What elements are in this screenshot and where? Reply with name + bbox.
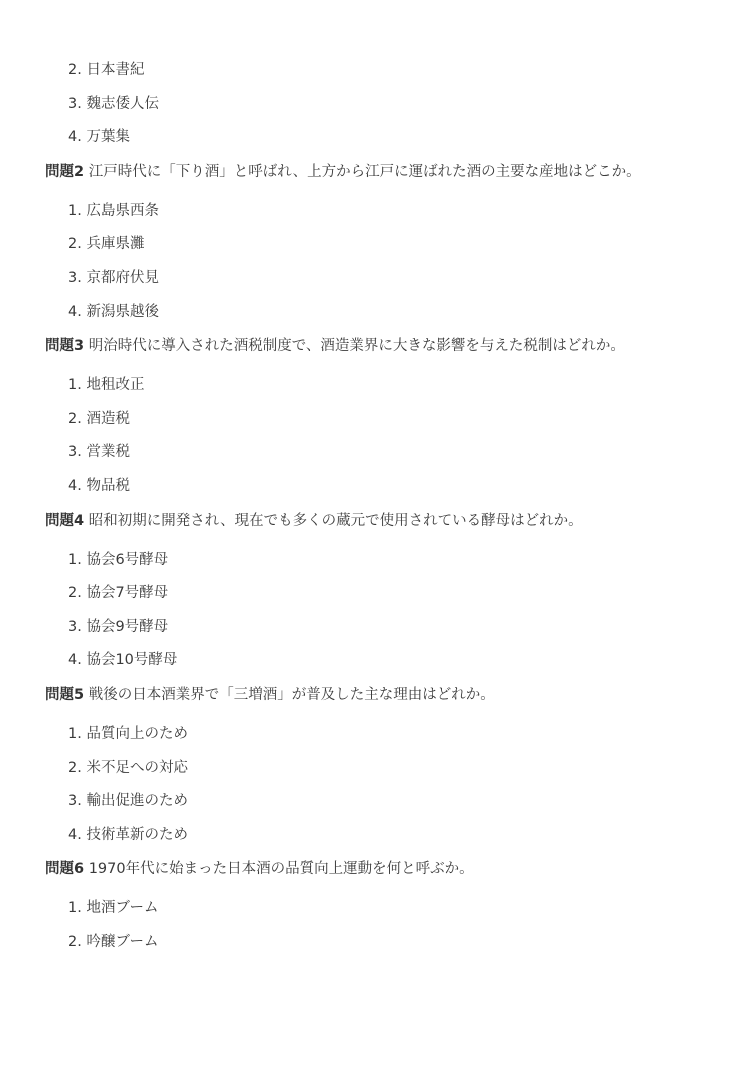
choice-text: 日本書紀 (86, 62, 144, 78)
choice-number: 2. (68, 760, 82, 776)
question-text: 明治時代に導入された酒税制度で、酒造業界に大きな影響を与えた税制はどれか。 (89, 338, 625, 354)
choice-text: 地租改正 (86, 377, 144, 393)
question-4: 問題4 昭和初期に開発され、現在でも多くの蔵元で使用されている酵母はどれか。 (45, 508, 705, 534)
choice-text: 営業税 (86, 444, 130, 460)
choice-item: 4. 協会10号酵母 (68, 648, 705, 682)
choice-number: 2. (68, 236, 82, 252)
choice-number: 4. (68, 129, 82, 145)
choice-number: 4. (68, 478, 82, 494)
choice-item: 1. 協会6号酵母 (68, 548, 705, 582)
choice-text: 品質向上のため (86, 726, 188, 742)
choice-text: 広島県西条 (86, 203, 159, 219)
choice-item: 2. 協会7号酵母 (68, 581, 705, 615)
choice-text: 技術革新のため (86, 827, 188, 843)
choice-item: 1. 地租改正 (68, 373, 705, 407)
choice-number: 1. (68, 377, 82, 393)
choice-text: 地酒ブーム (86, 900, 158, 916)
choice-number: 1. (68, 552, 82, 568)
choice-text: 協会9号酵母 (86, 619, 168, 635)
choice-item: 2. 酒造税 (68, 407, 705, 441)
question-text: 戦後の日本酒業界で「三増酒」が普及した主な理由はどれか。 (89, 687, 495, 703)
choice-text: 魏志倭人伝 (86, 96, 159, 112)
choice-item: 3. 協会9号酵母 (68, 615, 705, 649)
question-5-choices: 1. 品質向上のため 2. 米不足への対応 3. 輸出促進のため 4. 技術革新… (45, 722, 705, 856)
question-2: 問題2 江戸時代に「下り酒」と呼ばれ、上方から江戸に運ばれた酒の主要な産地はどこ… (45, 159, 705, 185)
choice-number: 2. (68, 411, 82, 427)
question-text: 昭和初期に開発され、現在でも多くの蔵元で使用されている酵母はどれか。 (89, 513, 583, 529)
choice-number: 4. (68, 304, 82, 320)
choice-number: 3. (68, 619, 82, 635)
choice-number: 1. (68, 203, 82, 219)
choice-text: 協会6号酵母 (86, 552, 168, 568)
choice-item: 3. 魏志倭人伝 (68, 92, 705, 126)
choice-item: 2. 米不足への対応 (68, 756, 705, 790)
choice-number: 3. (68, 444, 82, 460)
question-5: 問題5 戦後の日本酒業界で「三増酒」が普及した主な理由はどれか。 (45, 682, 705, 708)
question-text: 江戸時代に「下り酒」と呼ばれ、上方から江戸に運ばれた酒の主要な産地はどこか。 (89, 164, 641, 180)
question-label: 問題4 (45, 513, 84, 529)
choice-item: 3. 営業税 (68, 440, 705, 474)
choice-number: 1. (68, 900, 82, 916)
choice-text: 輸出促進のため (86, 793, 188, 809)
choice-text: 万葉集 (86, 129, 130, 145)
choice-text: 協会7号酵母 (86, 585, 168, 601)
question-text: 1970年代に始まった日本酒の品質向上運動を何と呼ぶか。 (89, 861, 474, 877)
choice-number: 2. (68, 62, 82, 78)
choice-item: 3. 京都府伏見 (68, 266, 705, 300)
question-label: 問題5 (45, 687, 84, 703)
choice-item: 2. 吟醸ブーム (68, 930, 705, 964)
choice-item: 1. 品質向上のため (68, 722, 705, 756)
choice-text: 協会10号酵母 (86, 652, 177, 668)
question-4-choices: 1. 協会6号酵母 2. 協会7号酵母 3. 協会9号酵母 4. 協会10号酵母 (45, 548, 705, 682)
choice-item: 4. 技術革新のため (68, 823, 705, 857)
question-label: 問題2 (45, 164, 84, 180)
choice-number: 2. (68, 934, 82, 950)
choice-text: 京都府伏見 (86, 270, 159, 286)
choice-number: 3. (68, 270, 82, 286)
choice-text: 物品税 (86, 478, 130, 494)
question-2-choices: 1. 広島県西条 2. 兵庫県灘 3. 京都府伏見 4. 新潟県越後 (45, 199, 705, 333)
choice-item: 3. 輸出促進のため (68, 789, 705, 823)
question-1-choices: 2. 日本書紀 3. 魏志倭人伝 4. 万葉集 (45, 58, 705, 159)
question-label: 問題3 (45, 338, 84, 354)
choice-number: 3. (68, 793, 82, 809)
choice-text: 酒造税 (86, 411, 130, 427)
choice-text: 新潟県越後 (86, 304, 159, 320)
question-6: 問題6 1970年代に始まった日本酒の品質向上運動を何と呼ぶか。 (45, 856, 705, 882)
question-6-choices: 1. 地酒ブーム 2. 吟醸ブーム (45, 896, 705, 963)
question-label: 問題6 (45, 861, 84, 877)
choice-number: 1. (68, 726, 82, 742)
choice-item: 4. 万葉集 (68, 125, 705, 159)
choice-item: 4. 新潟県越後 (68, 300, 705, 334)
quiz-document: 2. 日本書紀 3. 魏志倭人伝 4. 万葉集 問題2 江戸時代に「下り酒」と呼… (45, 58, 705, 963)
question-3-choices: 1. 地租改正 2. 酒造税 3. 営業税 4. 物品税 (45, 373, 705, 507)
choice-item: 1. 広島県西条 (68, 199, 705, 233)
choice-text: 吟醸ブーム (86, 934, 158, 950)
choice-item: 4. 物品税 (68, 474, 705, 508)
choice-number: 4. (68, 652, 82, 668)
choice-number: 2. (68, 585, 82, 601)
choice-item: 2. 兵庫県灘 (68, 232, 705, 266)
choice-number: 4. (68, 827, 82, 843)
choice-text: 兵庫県灘 (86, 236, 144, 252)
question-3: 問題3 明治時代に導入された酒税制度で、酒造業界に大きな影響を与えた税制はどれか… (45, 333, 705, 359)
choice-item: 1. 地酒ブーム (68, 896, 705, 930)
choice-item: 2. 日本書紀 (68, 58, 705, 92)
choice-number: 3. (68, 96, 82, 112)
choice-text: 米不足への対応 (86, 760, 188, 776)
